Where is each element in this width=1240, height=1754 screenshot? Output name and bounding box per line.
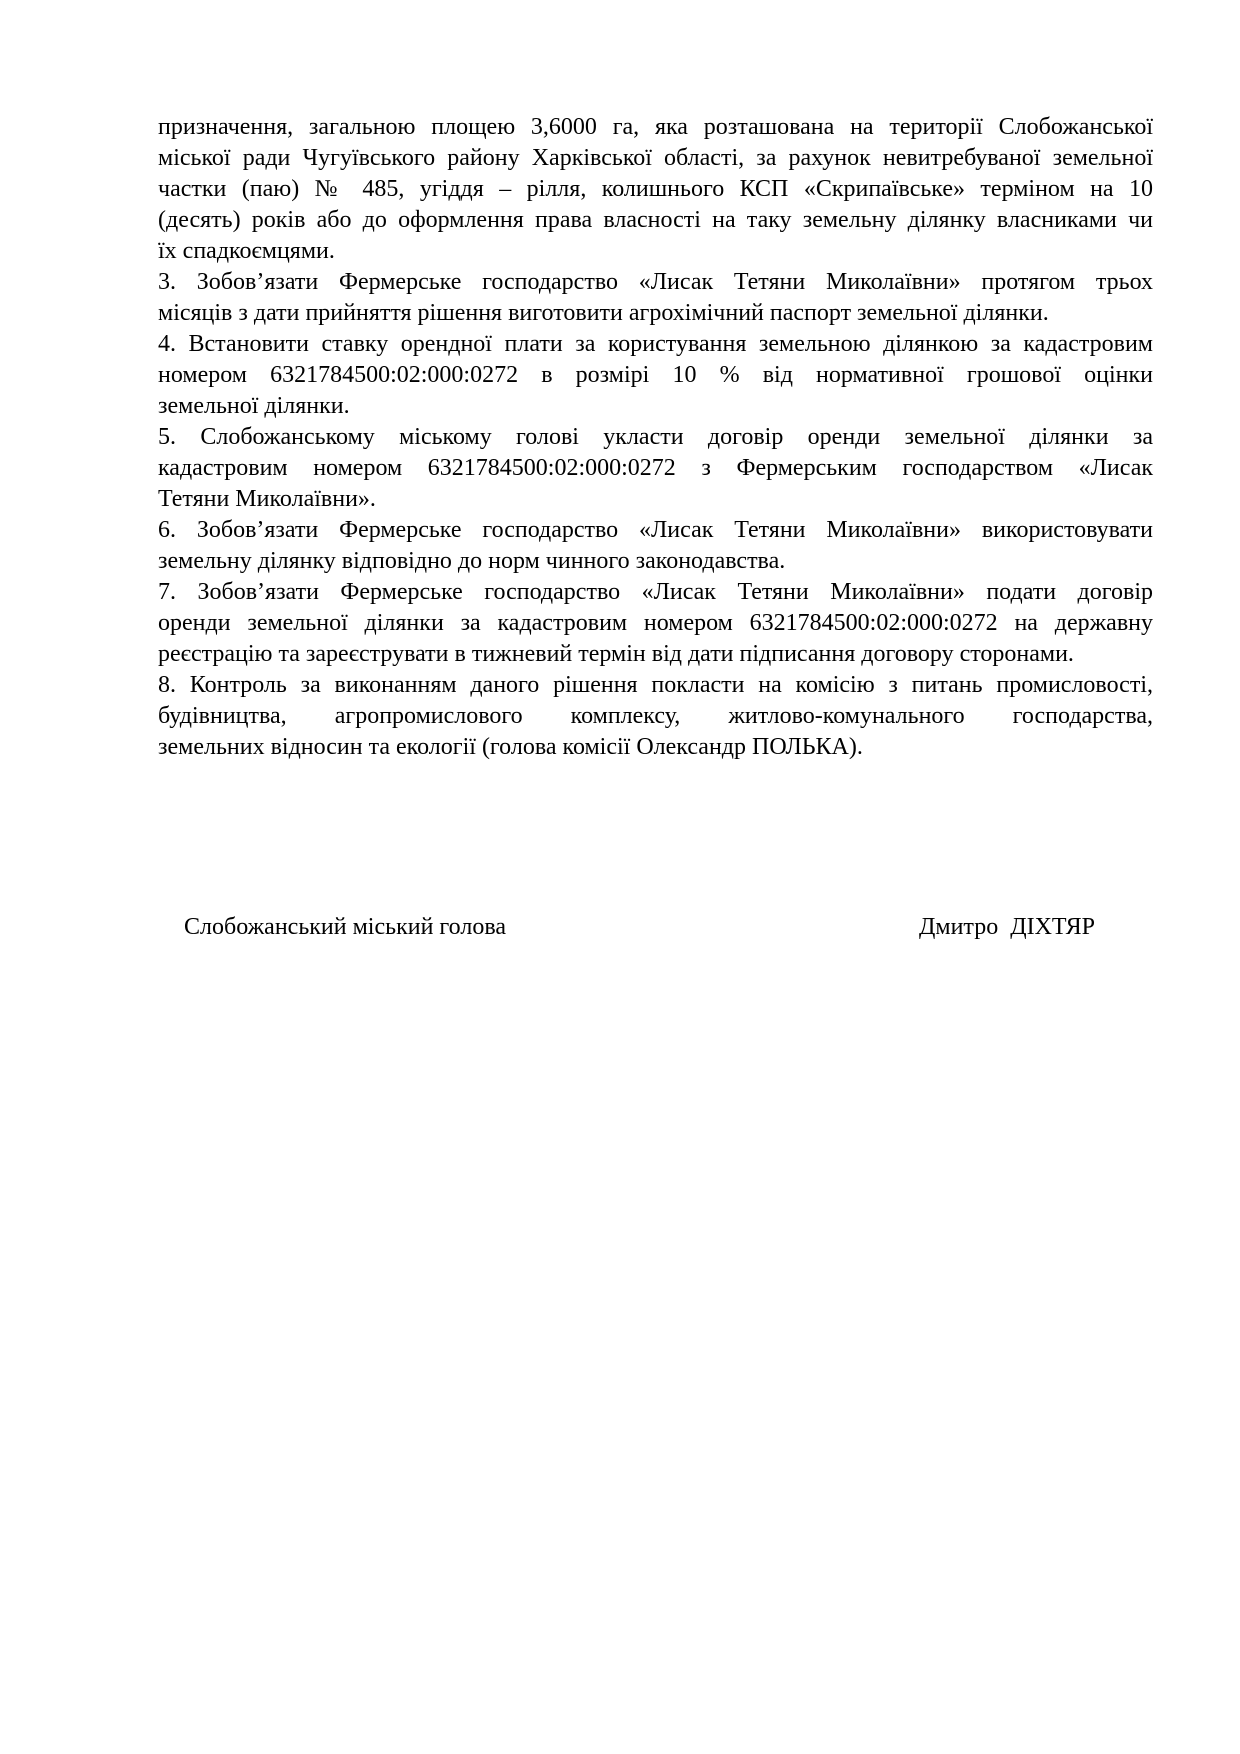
document-line: реєстрацію та зареєструвати в тижневий т… (158, 639, 1153, 670)
document-line: 6. Зобов’язати Фермерське господарство «… (158, 515, 1153, 546)
document-line: (десять) років або до оформлення права в… (158, 205, 1153, 236)
document-line: земельних відносин та екології (голова к… (158, 732, 1153, 763)
document-line: оренди земельної ділянки за кадастровим … (158, 608, 1153, 639)
document-line: призначення, загальною площею 3,6000 га,… (158, 112, 1153, 143)
document-page: призначення, загальною площею 3,6000 га,… (0, 0, 1240, 1754)
document-line: місяців з дати прийняття рішення виготов… (158, 298, 1153, 329)
document-line: 7. Зобов’язати Фермерське господарство «… (158, 577, 1153, 608)
document-line: будівництва, агропромислового комплексу,… (158, 701, 1153, 732)
document-line: 4. Встановити ставку орендної плати за к… (158, 329, 1153, 360)
document-line: міської ради Чугуївського району Харківс… (158, 143, 1153, 174)
document-line: 8. Контроль за виконанням даного рішення… (158, 670, 1153, 701)
signature-title: Слобожанський міський голова (184, 912, 506, 943)
document-line: частки (паю) № 485, угіддя – рілля, коли… (158, 174, 1153, 205)
document-line: 3. Зобов’язати Фермерське господарство «… (158, 267, 1153, 298)
signature-name: Дмитро ДІХТЯР (919, 912, 1095, 943)
document-body: призначення, загальною площею 3,6000 га,… (158, 112, 1153, 763)
document-line: їх спадкоємцями. (158, 236, 1153, 267)
document-line: 5. Слобожанському міському голові укласт… (158, 422, 1153, 453)
document-line: кадастровим номером 6321784500:02:000:02… (158, 453, 1153, 484)
document-line: Тетяни Миколаївни». (158, 484, 1153, 515)
document-line: номером 6321784500:02:000:0272 в розмірі… (158, 360, 1153, 391)
signature-row: Слобожанський міський голова Дмитро ДІХТ… (158, 912, 1153, 943)
document-line: земельної ділянки. (158, 391, 1153, 422)
document-line: земельну ділянку відповідно до норм чинн… (158, 546, 1153, 577)
